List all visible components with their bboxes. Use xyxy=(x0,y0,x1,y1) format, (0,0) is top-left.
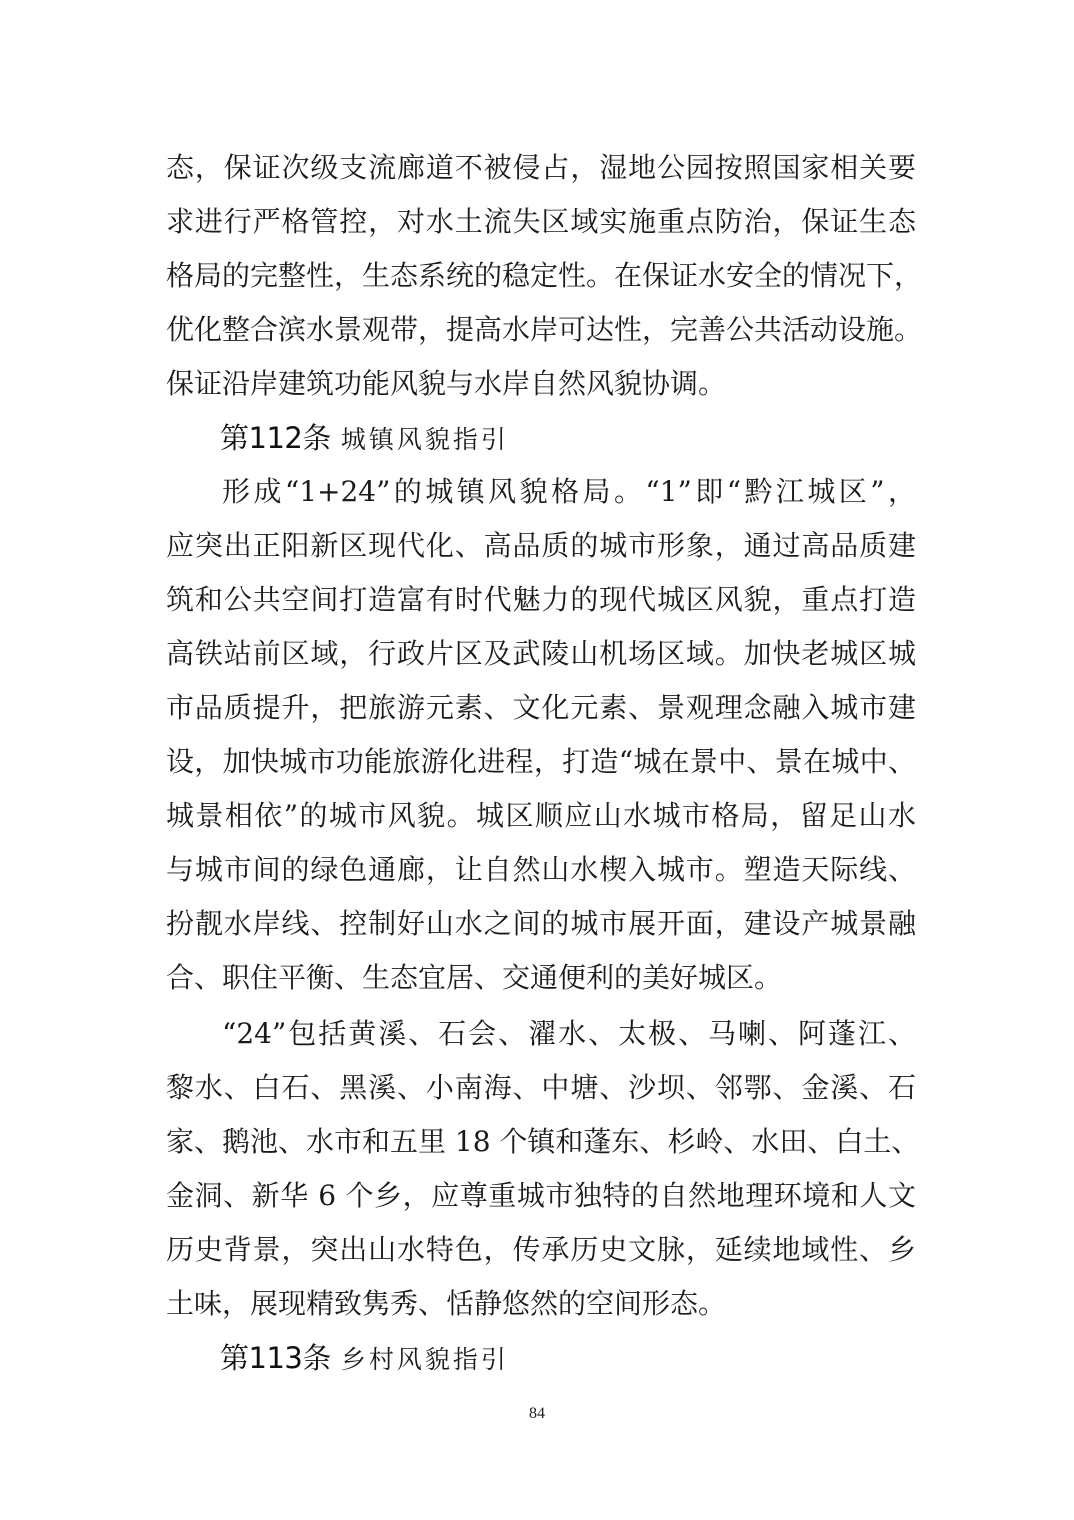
text-line: 优化整合滨水景观带，提高水岸可达性，完善公共活动设施。 xyxy=(166,310,916,350)
text-line: 合、职住平衡、生态宜居、交通便利的美好城区。 xyxy=(166,958,916,998)
text-line: 应突出正阳新区现代化、高品质的城市形象，通过高品质建 xyxy=(166,526,916,566)
section-heading-113: 第113条乡村风貌指引 xyxy=(220,1338,509,1378)
section-number: 第113条 xyxy=(220,1341,331,1375)
text-line: 扮靓水岸线、控制好山水之间的城市展开面，建设产城景融 xyxy=(166,904,916,944)
text-line: 形成“1+24”的城镇风貌格局。“1”即“黔江城区”， xyxy=(222,472,916,512)
text-line: 设，加快城市功能旅游化进程，打造“城在景中、景在城中、 xyxy=(166,742,916,782)
text-line: 格局的完整性，生态系统的稳定性。在保证水安全的情况下， xyxy=(166,256,916,296)
text-line: 市品质提升，把旅游元素、文化元素、景观理念融入城市建 xyxy=(166,688,916,728)
text-line: 保证沿岸建筑功能风貌与水岸自然风貌协调。 xyxy=(166,364,916,404)
page-number: 84 xyxy=(517,1405,557,1423)
text-line: 与城市间的绿色通廊，让自然山水楔入城市。塑造天际线、 xyxy=(166,850,916,890)
section-heading-112: 第112条城镇风貌指引 xyxy=(220,418,509,458)
text-line: 求进行严格管控，对水土流失区域实施重点防治，保证生态 xyxy=(166,202,916,242)
text-line: 金洞、新华 6 个乡，应尊重城市独特的自然地理环境和人文 xyxy=(166,1176,916,1216)
text-line: 高铁站前区域，行政片区及武陵山机场区域。加快老城区城 xyxy=(166,634,916,674)
document-page: 态，保证次级支流廊道不被侵占，湿地公园按照国家相关要 求进行严格管控，对水土流失… xyxy=(0,0,1074,1520)
text-line: 态，保证次级支流廊道不被侵占，湿地公园按照国家相关要 xyxy=(166,148,916,188)
text-line: 历史背景，突出山水特色，传承历史文脉，延续地域性、乡 xyxy=(166,1230,916,1270)
section-title: 城镇风貌指引 xyxy=(341,425,509,454)
text-line: “24”包括黄溪、石会、濯水、太极、马喇、阿蓬江、 xyxy=(222,1014,916,1054)
section-title: 乡村风貌指引 xyxy=(341,1345,509,1374)
text-line: 筑和公共空间打造富有时代魅力的现代城区风貌，重点打造 xyxy=(166,580,916,620)
text-line: 家、鹅池、水市和五里 18 个镇和蓬东、杉岭、水田、白土、 xyxy=(166,1122,916,1162)
text-line: 土味，展现精致隽秀、恬静悠然的空间形态。 xyxy=(166,1284,916,1324)
text-line: 城景相依”的城市风貌。城区顺应山水城市格局，留足山水 xyxy=(166,796,916,836)
section-number: 第112条 xyxy=(220,421,331,455)
text-line: 黎水、白石、黑溪、小南海、中塘、沙坝、邻鄂、金溪、石 xyxy=(166,1068,916,1108)
